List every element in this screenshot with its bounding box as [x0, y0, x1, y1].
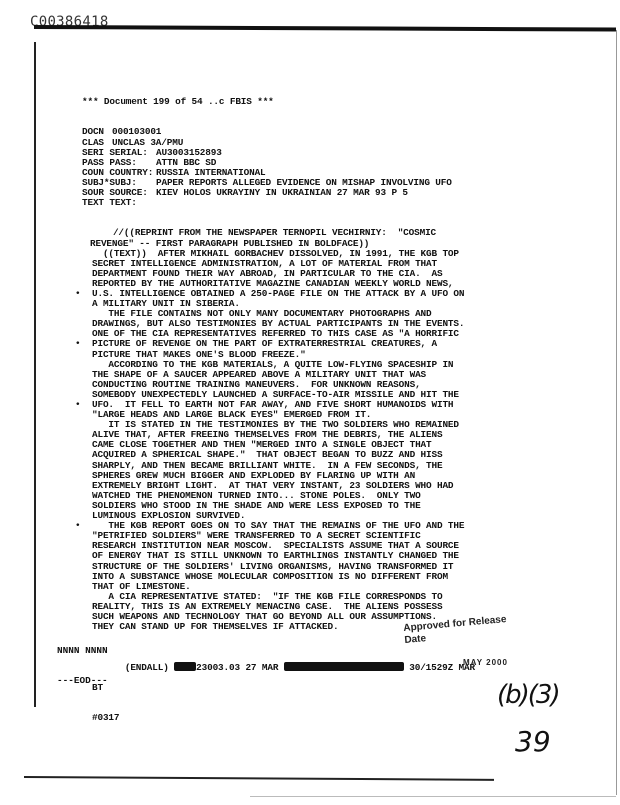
body-line-text: THEY CAN STAND UP FOR THEMSELVES IF ATTA…	[92, 621, 338, 632]
redaction-block	[284, 662, 404, 671]
message-body: //((REPRINT FROM THE NEWSPAPER TERNOPIL …	[82, 228, 620, 632]
header-field: TEXT TEXT:	[82, 198, 620, 208]
margin-mark: •	[75, 400, 80, 410]
header-label: TEXT TEXT:	[82, 198, 156, 208]
footer-eod: ---EOD---	[57, 676, 108, 686]
endall-line: (ENDALL) 23003.03 27 MAR 30/1529Z MAR	[82, 652, 620, 662]
margin-mark: •	[75, 289, 80, 299]
bottom-rule	[24, 776, 494, 781]
cable-text: *** Document 199 of 54 ..c FBIS *** DOCN…	[82, 77, 620, 743]
bottom-edge	[250, 796, 616, 797]
handwritten-exemption: (b)(3)	[497, 680, 559, 710]
left-rule	[34, 42, 36, 707]
margin-mark: •	[75, 521, 80, 531]
header-field: SOUR SOURCE:KIEV HOLOS UKRAYINY IN UKRAI…	[82, 188, 620, 198]
top-rule	[34, 25, 616, 32]
handwritten-page-number: 39	[515, 725, 551, 758]
endall-ref: 23003.03 27 MAR	[196, 662, 284, 673]
header-fields: DOCN000103001CLASUNCLAS 3A/PMUSERI SERIA…	[82, 127, 620, 208]
header-value: KIEV HOLOS UKRAYINY IN UKRAINIAN 27 MAR …	[156, 187, 408, 198]
body-line: THEY CAN STAND UP FOR THEMSELVES IF ATTA…	[82, 622, 620, 632]
redaction-block	[174, 662, 196, 671]
end-of-document: NNNN NNNN ---EOD---	[57, 626, 108, 707]
trailer-number: #0317	[82, 713, 620, 723]
document-banner: *** Document 199 of 54 ..c FBIS ***	[82, 97, 620, 107]
endall-prefix: (ENDALL)	[125, 662, 174, 673]
margin-mark: •	[75, 339, 80, 349]
footer-nnnn: NNNN NNNN	[57, 646, 108, 656]
stamp-date: MAY 2000	[463, 658, 508, 667]
